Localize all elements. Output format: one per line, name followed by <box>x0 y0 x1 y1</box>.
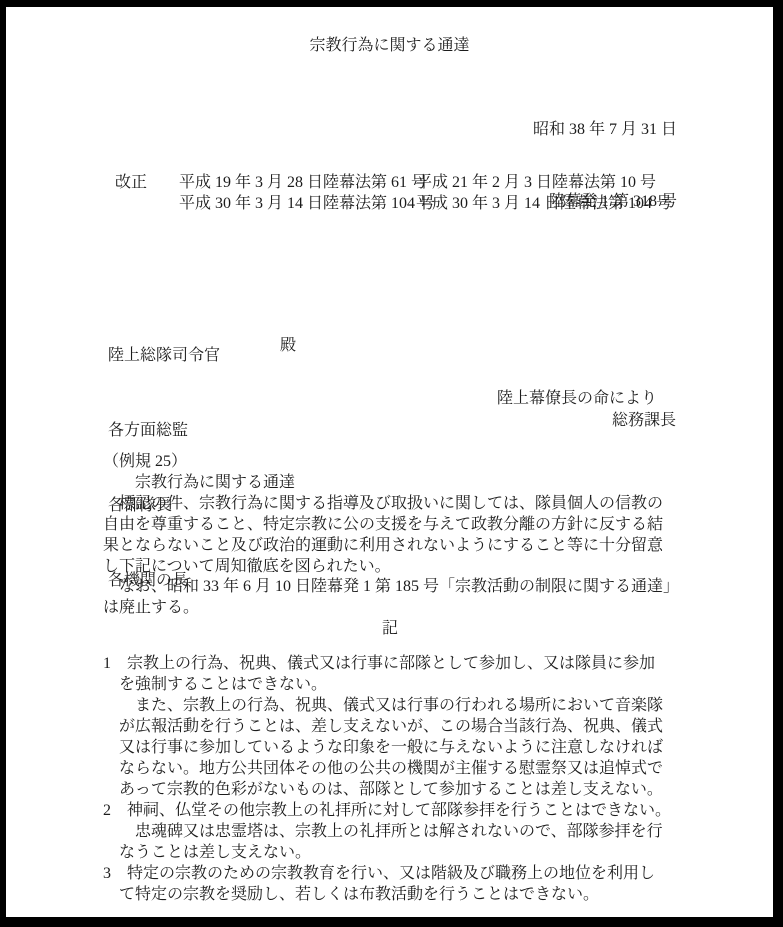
amendment-entry: 平成 19 年 3 月 28 日陸幕法第 61 号 <box>179 172 416 193</box>
issue-info-block: 昭和 38 年 7 月 31 日 陸幕発 1 第 318 号 <box>533 70 677 262</box>
item-line: て特定の宗教を奨励し、若しくは布教活動を行うことはできない。 <box>103 884 677 905</box>
item-line: なうことは差し支えない。 <box>103 842 677 863</box>
item-line: あって宗教的色彩がないものは、部隊として参加することは差し支えない。 <box>103 779 677 800</box>
document-page: 宗教行為に関する通達 昭和 38 年 7 月 31 日 陸幕発 1 第 318 … <box>6 7 773 917</box>
numbered-items: 1 宗教上の行為、祝典、儀式又は行事に部隊として参加し、又は隊員に参加 を強制す… <box>103 653 677 905</box>
addressee: 各方面総監 <box>108 418 220 443</box>
amendment-entry: 平成 21 年 2 月 3 日陸幕法第 10 号 <box>416 172 672 193</box>
preamble-line: 果とならないこと及び政治的運動に利用されないようにすること等に十分留意 <box>103 536 677 557</box>
document-body: （例規 25） 宗教行為に関する通達 標記の件、宗教行為に関する指導及び取扱いに… <box>103 452 677 905</box>
item-line: また、宗教上の行為、祝典、儀式又は行事の行われる場所において音楽隊 <box>103 695 677 716</box>
amendment-entry: 平成 30 年 3 月 14 日陸幕法第 104 号 <box>416 193 672 214</box>
addressee: 陸上総隊司令官 <box>108 343 220 368</box>
document-title: 宗教行為に関する通達 <box>6 32 773 55</box>
item-line: 又は行事に参加しているような印象を一般に与えないように注意しなければ <box>103 737 677 758</box>
section-marker-ki: 記 <box>103 619 677 640</box>
preamble-line: し下記について周知徹底を図られたい。 <box>103 557 677 578</box>
issue-date: 昭和 38 年 7 月 31 日 <box>533 118 677 142</box>
preamble-line: なお、昭和 33 年 6 月 10 日陸幕発 1 第 185 号「宗教活動の制限… <box>103 577 677 598</box>
preamble-line: は廃止する。 <box>103 598 677 619</box>
item-line: 忠魂碑又は忠霊塔は、宗教上の礼拝所とは解されないので、部隊参拝を行 <box>103 821 677 842</box>
subject-line: 宗教行為に関する通達 <box>103 473 677 494</box>
preamble-line: 自由を尊重すること、特定宗教に公の支援を与えて政教分離の方針に反する結 <box>103 515 677 536</box>
item-line: 3 特定の宗教のための宗教教育を行い、又は階級及び職務上の地位を利用し <box>103 863 677 884</box>
regulation-note: （例規 25） <box>103 452 677 473</box>
amendment-block: 改正 平成 19 年 3 月 28 日陸幕法第 61 号 平成 21 年 2 月… <box>115 172 672 214</box>
preamble-line: 標記の件、宗教行為に関する指導及び取扱いに関しては、隊員個人の信教の <box>103 494 677 515</box>
amendment-entry: 平成 30 年 3 月 14 日陸幕法第 104 号 <box>179 193 416 214</box>
honorific-dono: 殿 <box>280 332 296 355</box>
screenshot-frame: 宗教行為に関する通達 昭和 38 年 7 月 31 日 陸幕発 1 第 318 … <box>0 0 783 927</box>
amendment-label: 改正 <box>115 172 179 193</box>
item-line: ならない。地方公共団体その他の公共の機関が主催する慰霊祭又は追悼式で <box>103 758 677 779</box>
item-line: 1 宗教上の行為、祝典、儀式又は行事に部隊として参加し、又は隊員に参加 <box>103 653 677 674</box>
issuer-authority: 陸上幕僚長の命により <box>497 385 657 408</box>
item-line: を強制することはできない。 <box>103 674 677 695</box>
item-line: が広報活動を行うことは、差し支えないが、この場合当該行為、祝典、儀式 <box>103 716 677 737</box>
item-line: 2 神祠、仏堂その他宗教上の礼拝所に対して部隊参拝を行うことはできない。 <box>103 800 677 821</box>
issuer-signer: 総務課長 <box>612 407 676 430</box>
